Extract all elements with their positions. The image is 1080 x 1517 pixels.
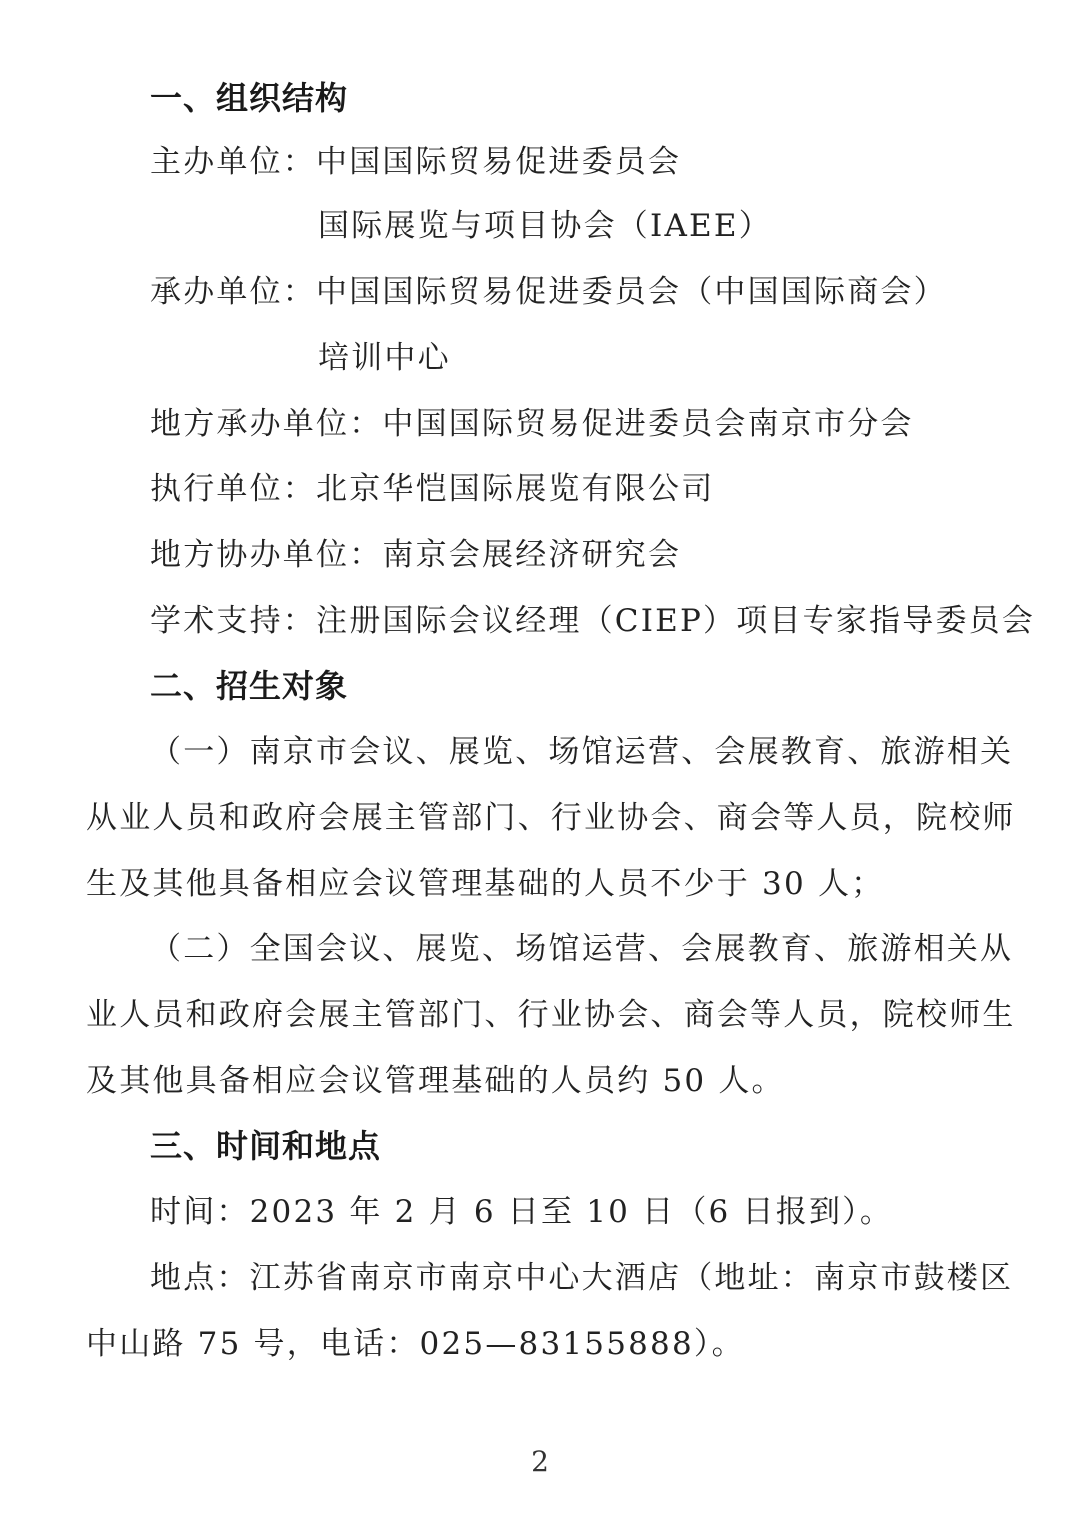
section-heading-enrollment: 二、招生对象 [150, 666, 348, 706]
line-organizer-cont: 培训中心 [318, 338, 451, 378]
page-number: 2 [0, 1444, 1080, 1480]
paragraph-line: （一）南京市会议、展览、场馆运营、会展教育、旅游相关 [150, 732, 1013, 772]
paragraph-line: 从业人员和政府会展主管部门、行业协会、商会等人员，院校师 [86, 798, 1016, 838]
line-local-co-organizer: 地方协办单位：南京会展经济研究会 [150, 535, 681, 575]
line-academic-support: 学术支持：注册国际会议经理（CIEP）项目专家指导委员会 [150, 601, 1035, 641]
paragraph-line: （二）全国会议、展览、场馆运营、会展教育、旅游相关从 [150, 929, 1013, 969]
line-executor: 执行单位：北京华恺国际展览有限公司 [150, 469, 714, 509]
section-heading-organization: 一、组织结构 [150, 78, 348, 118]
paragraph-line: 及其他具备相应会议管理基础的人员约 50 人。 [86, 1061, 785, 1101]
paragraph-line: 业人员和政府会展主管部门、行业协会、商会等人员，院校师生 [86, 995, 1016, 1035]
line-location: 地点：江苏省南京市南京中心大酒店（地址：南京市鼓楼区 [150, 1258, 1013, 1298]
paragraph-line: 生及其他具备相应会议管理基础的人员不少于 30 人； [86, 864, 884, 904]
line-organizer: 承办单位：中国国际贸易促进委员会（中国国际商会） [150, 272, 947, 312]
line-host: 主办单位：中国国际贸易促进委员会 [150, 142, 681, 182]
line-local-organizer: 地方承办单位：中国国际贸易促进委员会南京市分会 [150, 404, 914, 444]
line-time: 时间：2023 年 2 月 6 日至 10 日（6 日报到）。 [150, 1192, 893, 1232]
line-host-iaee: 国际展览与项目协会（IAEE） [318, 206, 772, 246]
line-location-cont: 中山路 75 号，电话：025—83155888）。 [86, 1324, 745, 1364]
section-heading-time-location: 三、时间和地点 [150, 1126, 381, 1166]
